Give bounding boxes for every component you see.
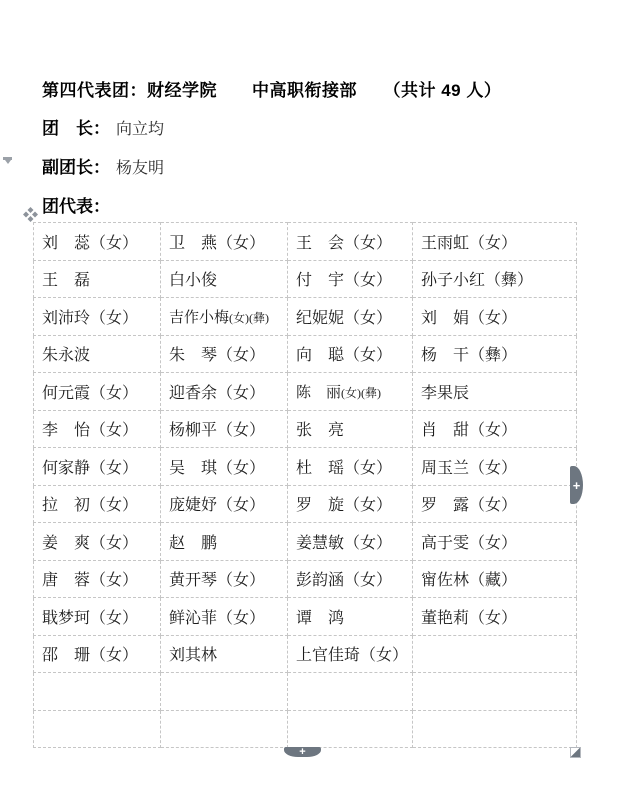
table-row: 刘沛玲（女）吉作小梅(女)(彝)纪妮妮（女）刘 娟（女）: [34, 298, 577, 336]
table-cell[interactable]: 何家静（女）: [34, 448, 161, 486]
delegates-table-wrap: 刘 蕊（女）卫 燕（女）王 会（女）王雨虹（女）王 磊白小俊付 宇（女）孙子小红…: [33, 222, 576, 748]
table-cell[interactable]: 姜 爽（女）: [34, 523, 161, 561]
table-cell[interactable]: 何元霞（女）: [34, 373, 161, 411]
table-cell[interactable]: 吴 琪（女）: [161, 448, 288, 486]
table-row: 何元霞（女）迎香余（女）陈 丽(女)(彝)李果辰: [34, 373, 577, 411]
table-cell[interactable]: [34, 673, 161, 711]
page-nav-button[interactable]: +: [570, 466, 583, 504]
delegates-heading: 团代表：: [42, 192, 110, 217]
table-move-handle[interactable]: [23, 207, 38, 222]
table-cell[interactable]: 向 聪（女）: [288, 335, 413, 373]
plus-icon: +: [299, 748, 305, 757]
table-cell[interactable]: 拉 初（女）: [34, 485, 161, 523]
table-cell[interactable]: [161, 673, 288, 711]
plus-icon: +: [573, 479, 581, 492]
table-cell[interactable]: [288, 710, 413, 748]
doc-title: 第四代表团：财经学院 中高职衔接部 （共计 49 人）: [42, 76, 501, 101]
table-row: 王 磊白小俊付 宇（女）孙子小红（彝）: [34, 260, 577, 298]
table-cell[interactable]: 李 怡（女）: [34, 410, 161, 448]
table-cell[interactable]: 赵 鹏: [161, 523, 288, 561]
table-cell[interactable]: 罗 旋（女）: [288, 485, 413, 523]
table-cell[interactable]: 朱 琴（女）: [161, 335, 288, 373]
table-cell[interactable]: 姜慧敏（女）: [288, 523, 413, 561]
table-cell[interactable]: 彭韵涵（女）: [288, 560, 413, 598]
table-cell[interactable]: 朱永波: [34, 335, 161, 373]
table-row: 拉 初（女）庞婕妤（女）罗 旋（女）罗 露（女）: [34, 485, 577, 523]
add-row-button[interactable]: +: [284, 747, 321, 757]
table-resize-handle[interactable]: [570, 747, 581, 758]
table-row: [34, 673, 577, 711]
table-cell[interactable]: 刘 蕊（女）: [34, 223, 161, 261]
table-row: 何家静（女）吴 琪（女）杜 瑶（女）周玉兰（女）: [34, 448, 577, 486]
table-cell[interactable]: 董艳莉（女）: [413, 598, 577, 636]
table-cell[interactable]: 李果辰: [413, 373, 577, 411]
table-cell[interactable]: [413, 673, 577, 711]
table-cell[interactable]: 杜 瑶（女）: [288, 448, 413, 486]
delegates-table: 刘 蕊（女）卫 燕（女）王 会（女）王雨虹（女）王 磊白小俊付 宇（女）孙子小红…: [33, 222, 577, 748]
table-cell[interactable]: 甯佐林（藏）: [413, 560, 577, 598]
table-cell[interactable]: 吉作小梅(女)(彝): [161, 298, 288, 336]
table-row: 唐 蓉（女）黄开琴（女）彭韵涵（女）甯佐林（藏）: [34, 560, 577, 598]
margin-marker-icon: [3, 157, 12, 165]
table-cell[interactable]: 迎香余（女）: [161, 373, 288, 411]
table-row: 刘 蕊（女）卫 燕（女）王 会（女）王雨虹（女）: [34, 223, 577, 261]
table-cell[interactable]: 卫 燕（女）: [161, 223, 288, 261]
table-cell[interactable]: 罗 露（女）: [413, 485, 577, 523]
table-cell[interactable]: 刘 娟（女）: [413, 298, 577, 336]
delegates-label: 团代表：: [42, 197, 110, 216]
table-row: 邵 珊（女）刘其林上官佳琦（女）: [34, 635, 577, 673]
table-cell[interactable]: 王雨虹（女）: [413, 223, 577, 261]
table-cell[interactable]: 王 磊: [34, 260, 161, 298]
table-cell[interactable]: 鲜沁菲（女）: [161, 598, 288, 636]
deputy-leader-label: 副团长：: [42, 158, 110, 177]
table-cell[interactable]: 孙子小红（彝）: [413, 260, 577, 298]
table-cell[interactable]: 戢梦珂（女）: [34, 598, 161, 636]
table-cell[interactable]: 杨柳平（女）: [161, 410, 288, 448]
table-cell[interactable]: [34, 710, 161, 748]
leader-name: 向立均: [116, 121, 164, 138]
table-row: [34, 710, 577, 748]
table-cell[interactable]: 高于雯（女）: [413, 523, 577, 561]
table-cell[interactable]: [161, 710, 288, 748]
table-cell[interactable]: 杨 干（彝）: [413, 335, 577, 373]
table-row: 朱永波朱 琴（女）向 聪（女）杨 干（彝）: [34, 335, 577, 373]
table-cell[interactable]: 肖 甜（女）: [413, 410, 577, 448]
table-cell[interactable]: 庞婕妤（女）: [161, 485, 288, 523]
leader-label: 团 长：: [42, 119, 110, 138]
table-cell[interactable]: 付 宇（女）: [288, 260, 413, 298]
table-cell[interactable]: 纪妮妮（女）: [288, 298, 413, 336]
deputy-leader-name: 杨友明: [116, 160, 164, 177]
table-cell[interactable]: 王 会（女）: [288, 223, 413, 261]
table-cell[interactable]: 张 亮: [288, 410, 413, 448]
table-cell[interactable]: 刘沛玲（女）: [34, 298, 161, 336]
leader-line: 团 长：向立均: [42, 114, 164, 139]
table-cell[interactable]: 邵 珊（女）: [34, 635, 161, 673]
table-cell[interactable]: [413, 710, 577, 748]
table-row: 戢梦珂（女）鲜沁菲（女）谭 鸿董艳莉（女）: [34, 598, 577, 636]
table-row: 姜 爽（女）赵 鹏姜慧敏（女）高于雯（女）: [34, 523, 577, 561]
table-cell[interactable]: 上官佳琦（女）: [288, 635, 413, 673]
table-cell[interactable]: [413, 635, 577, 673]
table-cell[interactable]: [288, 673, 413, 711]
table-cell[interactable]: 黄开琴（女）: [161, 560, 288, 598]
table-cell[interactable]: 唐 蓉（女）: [34, 560, 161, 598]
table-cell[interactable]: 白小俊: [161, 260, 288, 298]
table-cell[interactable]: 周玉兰（女）: [413, 448, 577, 486]
deputy-leader-line: 副团长：杨友明: [42, 153, 164, 178]
table-cell[interactable]: 谭 鸿: [288, 598, 413, 636]
table-row: 李 怡（女）杨柳平（女）张 亮肖 甜（女）: [34, 410, 577, 448]
table-cell[interactable]: 陈 丽(女)(彝): [288, 373, 413, 411]
delegates-table-body: 刘 蕊（女）卫 燕（女）王 会（女）王雨虹（女）王 磊白小俊付 宇（女）孙子小红…: [34, 223, 577, 748]
table-cell[interactable]: 刘其林: [161, 635, 288, 673]
move-icon: [23, 207, 38, 222]
